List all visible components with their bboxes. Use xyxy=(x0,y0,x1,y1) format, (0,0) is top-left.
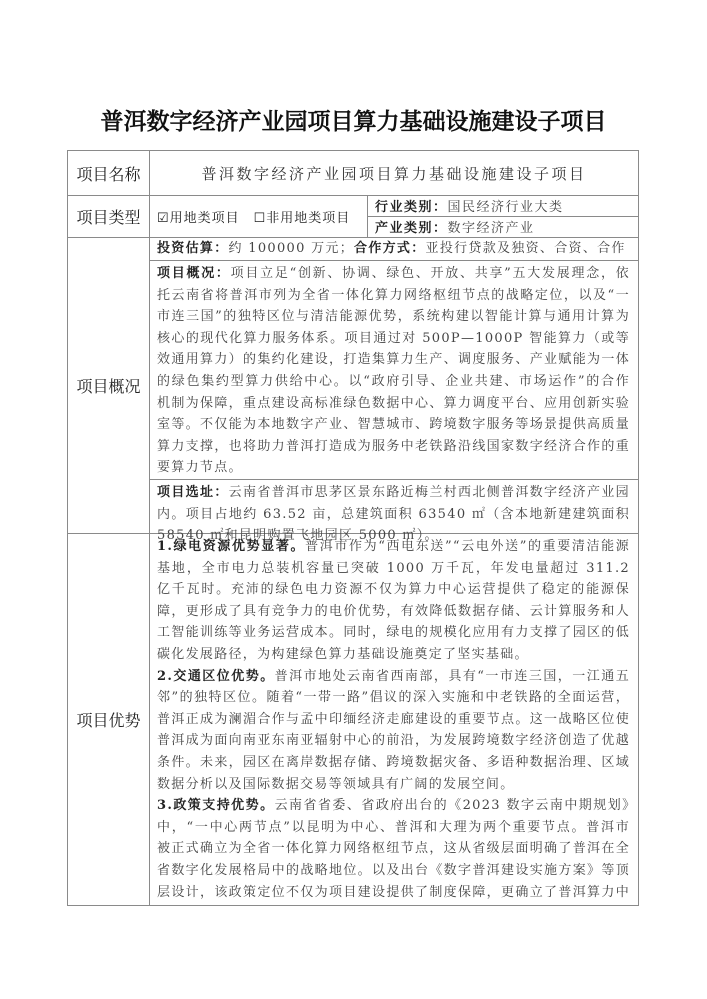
land-use-checkbox[interactable]: ☑用地类项目 xyxy=(157,207,240,226)
advantage-text: 云南省省委、省政府出台的《2023 数字云南中期规划》中，“一中心两节点”以昆明… xyxy=(157,798,630,905)
project-overview-cell: 投资估算：约 100000 万元；合作方式：亚投行贷款及独资、合资、合作 项目概… xyxy=(150,238,638,533)
project-type-cell: ☑用地类项目 ☐非用地类项目 行业类别： 国民经济行业大类 产业类别： 数字经济… xyxy=(150,196,638,237)
sector-category-value: 数字经济产业 xyxy=(448,217,535,236)
project-summary: 项目概况：项目立足“创新、协调、绿色、开放、共享”五大发展理念，依托云南省将普洱… xyxy=(150,261,638,480)
advantage-heading: 1.绿电资源优势显著。 xyxy=(157,539,305,554)
sector-category-label: 产业类别： xyxy=(375,217,448,236)
investment-cooperation: 投资估算：约 100000 万元；合作方式：亚投行贷款及独资、合资、合作 xyxy=(150,238,638,261)
project-site: 项目选址：云南省普洱市思茅区景东路近梅兰村西北侧普洱数字经济产业园内。项目占地约… xyxy=(150,480,638,534)
summary-label: 项目概况： xyxy=(157,266,231,281)
non-land-use-checkbox[interactable]: ☐非用地类项目 xyxy=(254,207,351,226)
advantage-heading: 2.交通区位优势。 xyxy=(157,669,275,684)
advantage-heading: 3.政策支持优势。 xyxy=(157,798,275,813)
project-advantages-cell: 1.绿电资源优势显著。普洱市作为“西电东送”“云电外送”的重要清洁能源基地，全市… xyxy=(150,534,638,905)
advantage-text: 普洱市作为“西电东送”“云电外送”的重要清洁能源基地，全市电力总装机容量已突破 … xyxy=(157,539,630,662)
site-label: 项目选址： xyxy=(157,485,229,500)
project-type-options: ☑用地类项目 ☐非用地类项目 xyxy=(150,196,368,237)
advantage-item: 1.绿电资源优势显著。普洱市作为“西电东送”“云电外送”的重要清洁能源基地，全市… xyxy=(157,536,630,666)
cooperation-value: 亚投行贷款及独资、合资、合作 xyxy=(426,241,626,256)
advantage-text: 普洱市地处云南省西南部，具有“一市连三国，一江通五邻”的独特区位。随着“一带一路… xyxy=(157,669,630,792)
row-project-name: 项目名称 普洱数字经济产业园项目算力基础设施建设子项目 xyxy=(68,151,638,196)
investment-value: 约 100000 万元； xyxy=(229,241,355,256)
summary-text: 项目立足“创新、协调、绿色、开放、共享”五大发展理念，依托云南省将普洱市列为全省… xyxy=(157,266,630,475)
row-project-overview: 项目概况 投资估算：约 100000 万元；合作方式：亚投行贷款及独资、合资、合… xyxy=(68,238,638,534)
industry-category: 行业类别： 国民经济行业大类 xyxy=(368,196,638,217)
project-name-label: 项目名称 xyxy=(68,151,150,195)
sector-category: 产业类别： 数字经济产业 xyxy=(368,217,638,238)
cooperation-label: 合作方式： xyxy=(354,241,426,256)
project-name-value: 普洱数字经济产业园项目算力基础设施建设子项目 xyxy=(150,151,638,195)
project-type-label: 项目类型 xyxy=(68,196,150,237)
project-overview-label: 项目概况 xyxy=(68,238,150,533)
category-cell: 行业类别： 国民经济行业大类 产业类别： 数字经济产业 xyxy=(368,196,638,237)
document-title: 普洱数字经济产业园项目算力基础设施建设子项目 xyxy=(0,103,707,136)
advantage-item: 2.交通区位优势。普洱市地处云南省西南部，具有“一市连三国，一江通五邻”的独特区… xyxy=(157,666,630,796)
advantage-item: 3.政策支持优势。云南省省委、省政府出台的《2023 数字云南中期规划》中，“一… xyxy=(157,795,630,905)
industry-category-label: 行业类别： xyxy=(375,196,448,215)
row-project-type: 项目类型 ☑用地类项目 ☐非用地类项目 行业类别： 国民经济行业大类 产业类别：… xyxy=(68,196,638,238)
advantages-text: 1.绿电资源优势显著。普洱市作为“西电东送”“云电外送”的重要清洁能源基地，全市… xyxy=(150,534,638,905)
investment-label: 投资估算： xyxy=(157,241,229,256)
project-advantages-label: 项目优势 xyxy=(68,534,150,905)
industry-category-value: 国民经济行业大类 xyxy=(448,196,564,215)
project-info-table: 项目名称 普洱数字经济产业园项目算力基础设施建设子项目 项目类型 ☑用地类项目 … xyxy=(67,150,639,906)
row-project-advantages: 项目优势 1.绿电资源优势显著。普洱市作为“西电东送”“云电外送”的重要清洁能源… xyxy=(68,534,638,905)
